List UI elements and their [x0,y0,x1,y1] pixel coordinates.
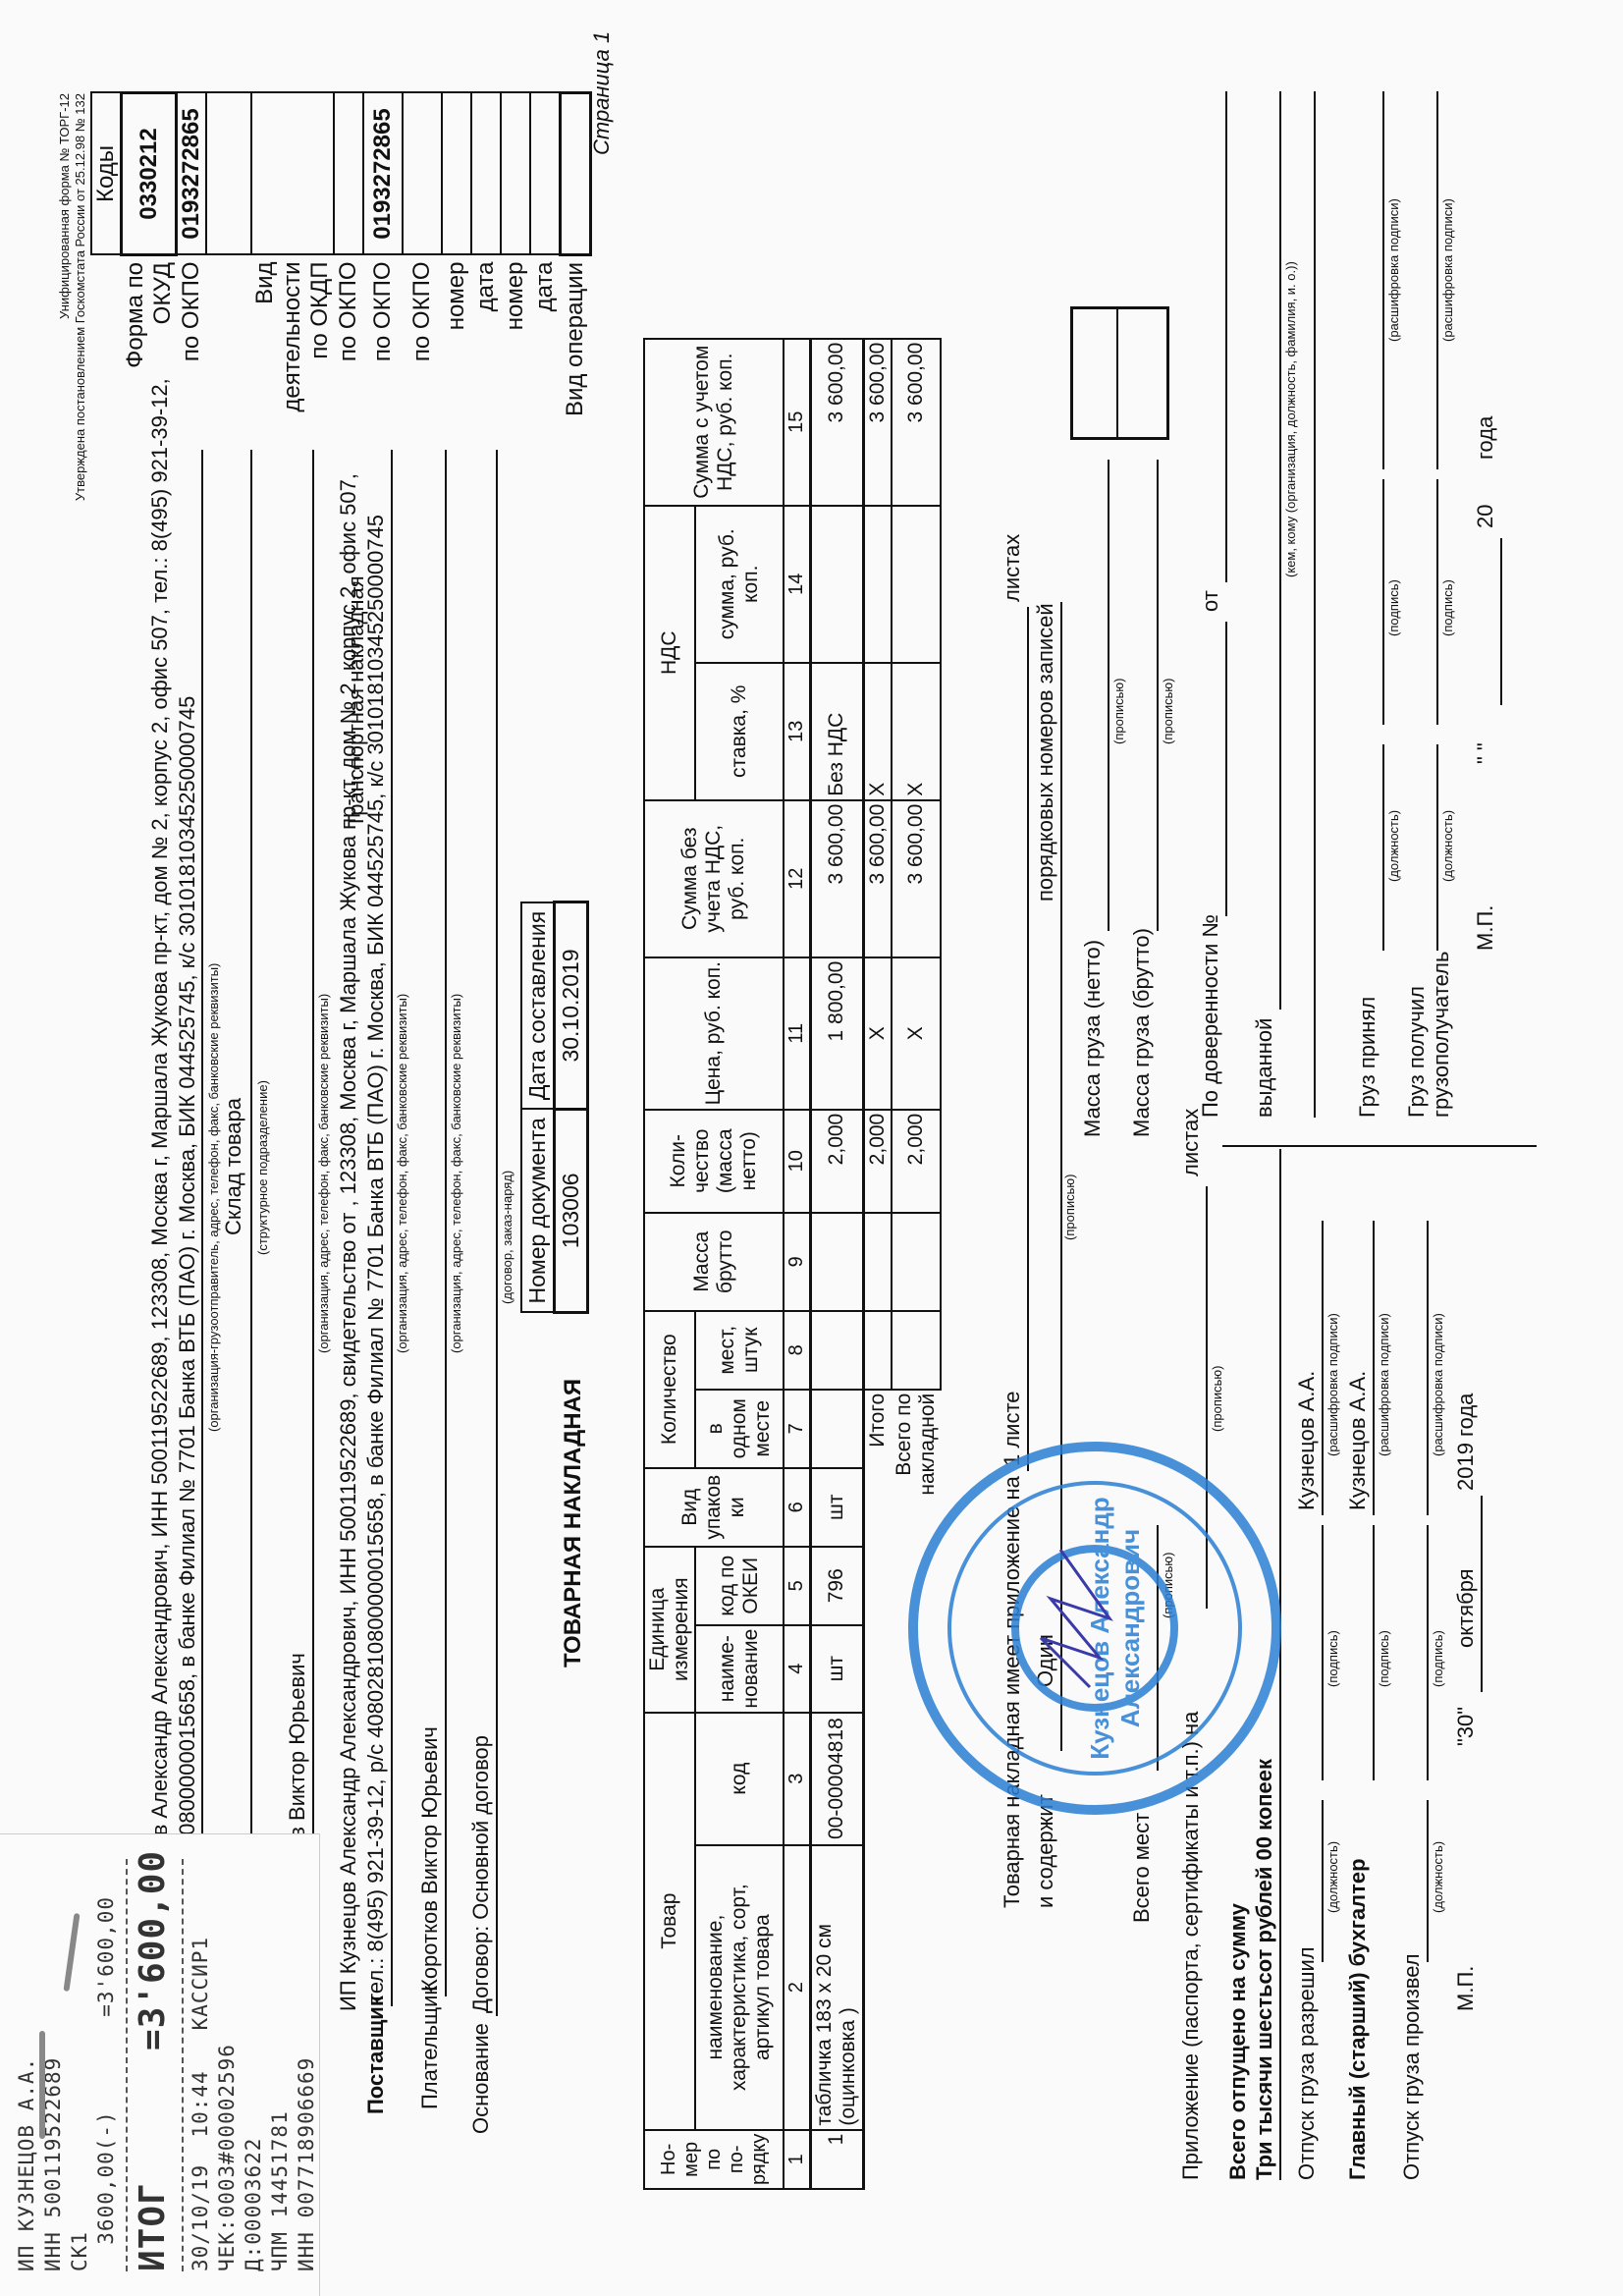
cell-n: 1 [811,2130,863,2189]
col-num: 9 [784,1213,811,1311]
operation-code [561,93,591,255]
supplier-line-2: тел.: 8(495) 921-39-12, р/с 408028108000… [363,515,389,2003]
receipt-line: 30/10/19 10:44 КАССИР1 [189,1937,212,2271]
basis-caption: (договор, заказ-наряд) [500,1171,514,1304]
consignee-okpo [334,93,363,255]
total-sum-novat: 3 600,00 [892,800,941,957]
signature-caption-4: (подпись) [1386,579,1401,636]
decode-caption-4: (расшифровка подписи) [1386,198,1401,342]
cell-code: 00-00004818 [811,1713,863,1845]
released-sum-words: Три тысячи шестьсот рублей 00 копеек [1252,1759,1277,2180]
h-qty: Количество [644,1311,695,1468]
handwritten-signature [1031,1540,1119,1697]
col-num: 15 [784,339,811,506]
supplier-okpo: 0193272865 [363,93,403,255]
cell-name: табличка 183 х 20 см (оцинковка ) [811,1845,863,2130]
h-vat-sum: сумма, руб. коп. [695,506,784,663]
document-title: ТОВАРНАЯ НАКЛАДНАЯ [560,1379,587,1667]
col-num: 10 [784,1110,811,1213]
h-gross: Масса брутто [644,1213,784,1311]
basis-number [442,93,471,255]
col-num: 5 [784,1547,811,1625]
form-note-1: Унифицированная форма № ТОРГ-12 [57,93,72,319]
transport-number [501,93,530,255]
consignee-caption: (организация, адрес, телефон, факс, банк… [316,994,331,1353]
in-words-caption-4: (прописью) [1161,679,1175,744]
receipt-line: ЧПМ 14451781 [268,2110,292,2271]
total-row: Всего по накладной 2,000 X 3 600,00 X 3 … [892,339,941,2189]
basis-value: Договор: Основной договор [468,1735,494,2013]
itogo-qty: 2,000 [863,1110,892,1213]
receipt-line: 3600,00(-) =3'600,00 [94,1896,118,2271]
okpo-label-4: по ОКПО [403,255,442,431]
cell-okei: 796 [811,1547,863,1625]
sheets-word: листах [1000,534,1025,602]
shipper-line-1: ИП Кузнецов Александр Александрович, ИНН… [147,378,173,1954]
payer-okpo [403,93,442,255]
form-note-2: Утверждена постановлением Госкомстата Ро… [73,93,87,501]
payer-value: Коротков Виктор Юрьевич [417,1726,443,1992]
okpo-label-3: по ОКПО [363,255,403,431]
cash-receipt: ИП КУЗНЕЦОВ А.А. ИНН 500119522689 СК1 36… [0,1833,320,2296]
col-num: 1 [784,2130,811,2189]
itogo-row: Итого 2,000 X 3 600,00 X 3 600,00 [863,339,892,2189]
col-num: 14 [784,506,811,663]
supplier-line-1: ИП Кузнецов Александр Александрович, ИНН… [336,473,361,2011]
mass-gross-label: Масса груза (брутто) [1129,928,1155,1137]
basis-number-label: номер [442,255,471,431]
shipper-okpo: 0193272865 [177,93,207,255]
released-sum-label: Всего отпущено на сумму [1225,1903,1251,2180]
col-num: 6 [784,1468,811,1547]
position-caption-1: (должность) [1325,1841,1340,1913]
total-vat-rate: X [892,663,941,800]
itogo-sum-novat: 3 600,00 [863,800,892,957]
receipt-line: ИП КУЗНЕЦОВ А.А. [15,2057,38,2271]
h-pack: Вид упаков ки [644,1468,784,1547]
okud-code: 0330212 [122,93,177,255]
shipper-line-2: р/с 40802810800000015658, в банке Филиал… [175,696,200,1954]
col-num: 13 [784,663,811,800]
receipt-total-value: =3'600,00 [133,1850,173,2050]
records-text: порядковых номеров записей [1033,603,1058,902]
proxy-label: По доверенности № [1198,914,1223,1118]
basis-date-label: дата [471,255,501,431]
document-number-box: Номер документаДата составления 10300630… [520,901,589,1314]
itogo-sum-vat: 3 600,00 [863,339,892,506]
staple-icon [39,2031,45,2139]
cell-vat-rate: Без НДС [811,663,863,800]
cell-unit: шт [811,1625,863,1713]
total-sum-vat: 3 600,00 [892,339,941,506]
signature-caption-2: (подпись) [1377,1630,1391,1687]
release-date-day: "30" [1453,1707,1479,1746]
position-caption-3: (должность) [1386,810,1401,882]
position-caption-2: (должность) [1431,1841,1445,1913]
release-date-year: 2019 года [1453,1394,1479,1491]
h-price: Цена, руб. коп. [644,957,784,1110]
mp-right: М.П. [1473,905,1498,951]
decode-caption-1: (расшифровка подписи) [1325,1313,1340,1456]
payer-label: Плательщик [417,1986,443,2109]
h-sum-novat: Сумма без учета НДС, руб. коп. [644,800,784,957]
col-num: 3 [784,1713,811,1845]
signature-caption-5: (подпись) [1440,579,1455,636]
basis-label: Основание [468,2023,494,2134]
mp-left: М.П. [1453,1966,1479,2011]
blank-year-prefix: 20 [1473,505,1498,528]
itogo-label: Итого [863,1390,892,1468]
h-num: Но-мер по по-рядку [644,2130,784,2189]
okdp-label: Вид деятельности по ОКДП [251,255,334,431]
col-num: 7 [784,1390,811,1468]
total-qty: 2,000 [892,1110,941,1213]
doc-date: 30.10.2019 [555,902,588,1109]
h-net: Коли-чество (масса нетто) [644,1110,784,1213]
from-label: от [1198,590,1223,612]
in-words-caption-2: (прописью) [1111,679,1126,744]
cargo-accepted-label: Груз принял [1355,997,1380,1118]
h-goods: Товар [644,1713,695,2130]
decode-caption-3: (расшифровка подписи) [1431,1313,1445,1456]
consignee-word: грузополучатель [1429,952,1454,1118]
supplier-caption: (организация, адрес, телефон, факс, банк… [395,994,409,1353]
okdp-code [251,93,334,255]
column-numbers-row: 1 2 3 4 5 6 7 8 9 10 11 12 13 14 15 [784,339,811,2189]
torg12-sheet: Унифицированная форма № ТОРГ-12 Утвержде… [0,0,1623,2296]
cell-per-place [811,1390,863,1468]
dept-code [206,93,251,255]
col-num: 2 [784,1845,811,2130]
issued-label: выданной [1252,1018,1277,1118]
basis-date [471,93,501,255]
h-vat: НДС [644,506,695,800]
total-label: Всего по накладной [892,1390,941,1547]
in-words-caption-5: (прописью) [1210,1366,1224,1432]
h-goods-name: наименование, характеристика, сорт, арти… [695,1845,784,2130]
doc-date-header: Дата составления [521,902,555,1109]
places-total-label: Всего мест [1129,1813,1155,1923]
doc-number-header: Номер документа [521,1109,555,1312]
h-qty-place: в одном месте [695,1390,784,1468]
department-caption: (структурное подразделение) [255,1080,270,1255]
department: Склад товара [221,1098,246,1235]
col-num: 12 [784,800,811,957]
issued-caption: (кем, кому (организация, должность, фами… [1283,261,1298,577]
signature-caption-1: (подпись) [1325,1630,1340,1687]
mass-box [1070,306,1169,440]
page-label: Страница 1 [589,31,615,155]
blank-date: " " [1473,742,1498,764]
shipper-caption: (организация-грузоотправитель, адрес, те… [206,963,221,1432]
h-unit-okei: код по ОКЕИ [695,1547,784,1625]
supplier-label: Поставщик [363,1995,389,2114]
payer-caption: (организация, адрес, телефон, факс, банк… [449,994,463,1353]
signature-caption-3: (подпись) [1431,1630,1445,1687]
cell-places [811,1311,863,1390]
position-caption-4: (должность) [1440,810,1455,882]
signer-2: Кузнецов А.А. [1345,1371,1371,1510]
h-qty-pieces: мест, штук [695,1311,784,1390]
receipt-line: ИНН 007718906669 [295,2057,318,2271]
cell-sum-novat: 3 600,00 [811,800,863,957]
receipt-total-label: ИТОГ [133,2182,173,2271]
okpo-label: по ОКПО [177,255,207,431]
itogo-price: X [863,957,892,1110]
cargo-received-label: Груз получил [1404,986,1430,1118]
in-words-caption-1: (прописью) [1062,1175,1077,1240]
cell-sum-vat: 3 600,00 [811,339,863,506]
release-allowed-label: Отпуск груза разрешил [1294,1946,1320,2180]
mass-net-label: Масса груза (нетто) [1080,940,1106,1137]
staple-icon [63,1913,80,1992]
decode-caption-5: (расшифровка подписи) [1440,198,1455,342]
receipt-line: ЧЕК:0003#00002596 [215,2044,239,2271]
h-goods-code: код [695,1713,784,1845]
h-vat-rate: ставка, % [695,663,784,800]
signer-1: Кузнецов А.А. [1294,1371,1320,1510]
col-num: 8 [784,1311,811,1390]
release-made-label: Отпуск груза произвел [1399,1953,1425,2180]
cell-pack: шт [811,1468,863,1547]
cell-qty: 2,000 [811,1110,863,1213]
cell-price: 1 800,00 [811,957,863,1110]
doc-number: 103006 [555,1109,588,1312]
col-num: 11 [784,957,811,1110]
goods-table: Но-мер по по-рядку Товар Единица измерен… [643,338,942,2190]
attach-value: 1 листе [1000,1391,1025,1466]
itogo-vat-rate: X [863,663,892,800]
receipt-line: СК1 [68,2231,91,2271]
cell-gross [811,1213,863,1311]
h-sum-vat: Сумма с учетом НДС, руб. коп. [644,339,784,506]
transport-number-label: номер [501,255,530,431]
codes-header: Коды [91,93,122,255]
blank-year-suffix: года [1473,416,1498,460]
sheets-word-2: листах [1178,1109,1204,1176]
decode-caption-2: (расшифровка подписи) [1377,1313,1391,1456]
h-unit-name: наиме-нование [695,1625,784,1713]
receipt-line: Д:00003622 [242,2138,265,2271]
chief-accountant-label: Главный (старший) бухгалтер [1345,1858,1371,2180]
okpo-label-2: по ОКПО [334,255,363,431]
operation-label: Вид операции [561,255,591,431]
contains-text: и содержит [1033,1794,1058,1908]
col-num: 4 [784,1625,811,1713]
cell-vat-sum [811,506,863,663]
total-price: X [892,957,941,1110]
h-unit: Единица измерения [644,1547,695,1713]
transport-date [530,93,561,255]
release-date-month: октября [1453,1568,1479,1648]
table-row: 1 табличка 183 х 20 см (оцинковка ) 00-0… [811,339,863,2189]
transport-date-label: дата [530,255,561,431]
